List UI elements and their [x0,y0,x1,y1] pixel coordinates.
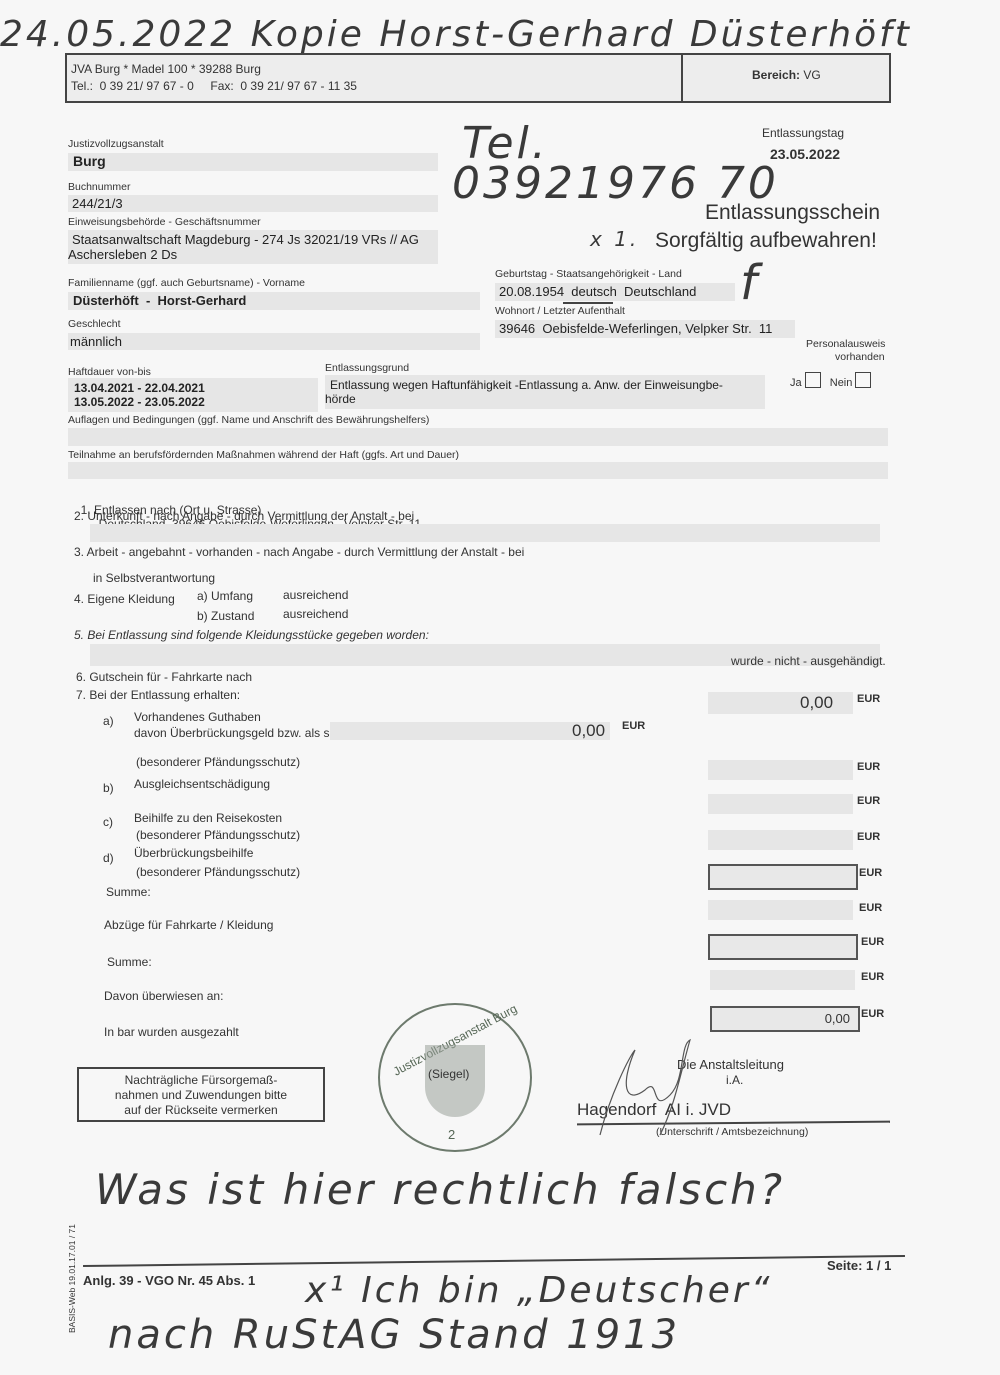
item-c-label: Beihilfe zu den Reisekosten [134,811,282,825]
abzuege-currency: EUR [859,902,882,914]
amount-d-currency: EUR [857,831,880,843]
item-4b-label: b) Zustand [197,609,254,623]
handwritten-question: Was ist hier rechtlich falsch? [95,1165,785,1214]
geburt-field: 20.08.1954 deutsch Deutschland [495,283,735,301]
ausweis-ja-label: Ja [790,377,802,389]
notice-box: Nachträgliche Fürsorgemaß- nahmen und Zu… [77,1067,325,1122]
name-field: Düsterhöft - Horst-Gerhard [68,292,480,310]
entlassungstag-value: 23.05.2022 [770,146,840,162]
ueberwiesen-field [710,970,855,990]
geschlecht-value: männlich [70,334,122,349]
item-a-currency: EUR [857,693,880,705]
deutsch-underline [563,302,613,304]
einweisung-value-1: Staatsanwaltschaft Magdeburg - 274 Js 32… [72,232,438,247]
item-6-status: wurde - nicht - ausgehändigt. [731,654,886,668]
item-6-label: 6. Gutschein für - Fahrkarte nach [76,670,252,684]
teilnahme-field [68,462,888,479]
haftdauer-value-2: 13.05.2022 - 23.05.2022 [74,395,318,409]
wohnort-field: 39646 Oebisfelde-Weferlingen, Velpker St… [495,320,795,338]
item-5-label: 5. Bei Entlassung sind folgende Kleidung… [74,628,429,642]
abzuege-field [708,900,853,920]
notice-line-1: Nachträgliche Fürsorgemaß- [79,1073,323,1088]
auflagen-field [68,428,888,446]
jva-label: Justizvollzugsanstalt [68,138,164,150]
auflagen-label: Auflagen und Bedingungen (ggf. Name und … [68,414,429,426]
footer-page: Seite: 1 / 1 [827,1258,891,1273]
item-a-value: 0,00 [800,693,833,713]
wohnort-label: Wohnort / Letzter Aufenthalt [495,305,625,317]
amount-b-currency: EUR [857,761,880,773]
ausweis-nein-checkbox[interactable] [855,372,871,388]
geburt-label: Geburtstag - Staatsangehörigkeit - Land [495,268,682,280]
item-3-label: 3. Arbeit - angebahnt - vorhanden - nach… [74,545,524,559]
einweisung-field: Staatsanwaltschaft Magdeburg - 274 Js 32… [68,230,438,264]
summe1-currency: EUR [859,867,882,879]
ausweis-label-2: vorhanden [835,351,885,363]
handwritten-note-line-2: nach RuStAG Stand 1913 [108,1312,680,1358]
institution-phone-fax: Tel.: 0 39 21/ 97 67 - 0 Fax: 0 39 21/ 9… [71,79,357,93]
item-a-label: Vorhandenes Guthaben [134,710,261,724]
footer-side-code: BASIS-Web 19.01.17.01 / 71 [67,1173,77,1333]
item-a-sub-currency: EUR [622,720,645,732]
bar-label: In bar wurden ausgezahlt [104,1025,239,1039]
header-box: JVA Burg * Madel 100 * 39288 Burg Tel.: … [65,53,891,103]
item-d-mark: d) [103,851,114,865]
grund-value-1: Entlassung wegen Haftunfähigkeit -Entlas… [330,378,765,392]
item-7-label: 7. Bei der Entlassung erhalten: [76,688,240,702]
institution-address: JVA Burg * Madel 100 * 39288 Burg [71,62,261,76]
official-seal-stamp: Justizvollzugsanstalt Burg (Siegel) 2 [378,1003,532,1152]
jva-value: Burg [73,153,106,169]
geschlecht-field: männlich [68,333,480,350]
ueberwiesen-currency: EUR [861,971,884,983]
item-a-mark: a) [103,714,114,728]
summe2-currency: EUR [861,936,884,948]
buchnummer-field: 244/21/3 [68,195,438,212]
grund-label: Entlassungsgrund [325,362,409,374]
amount-b-field [708,760,853,780]
einweisung-label: Einweisungsbehörde - Geschäftsnummer [68,216,261,228]
bar-box: 0,00 [710,1006,860,1032]
notice-line-2: nahmen und Zuwendungen bitte [79,1088,323,1103]
bereich-label: Bereich: [752,68,800,82]
item-3-value: in Selbstverantwortung [93,571,215,585]
grund-field: Entlassung wegen Haftunfähigkeit -Entlas… [325,375,765,409]
document-title: Entlassungsschein [705,201,880,225]
item-a-sub-value: 0,00 [572,721,605,741]
item-a-note: (besonderer Pfändungsschutz) [136,755,300,769]
item-4a-label: a) Umfang [197,589,253,603]
amount-c-field [708,794,853,814]
bar-value: 0,00 [825,1011,850,1026]
seal-center-text: (Siegel) [428,1067,469,1081]
ausweis-options: Ja Nein [790,372,871,389]
einweisung-value-2: Aschersleben 2 Ds [68,247,438,262]
summe2-label: Summe: [107,955,152,969]
item-c-note: (besonderer Pfändungsschutz) [136,828,300,842]
item-4b-value: ausreichend [283,607,348,621]
haftdauer-value-1: 13.04.2021 - 22.04.2021 [74,381,318,395]
buchnummer-value: 244/21/3 [72,196,123,211]
item-2-field [90,524,880,542]
notice-line-3: auf der Rückseite vermerken [79,1103,323,1118]
item-4-label: 4. Eigene Kleidung [74,592,175,606]
ueberwiesen-label: Davon überwiesen an: [104,989,223,1003]
teilnahme-label: Teilnahme an berufsfördernden Maßnahmen … [68,449,459,461]
item-a-sub-field [330,722,610,740]
item-d-label: Überbrückungsbeihilfe [134,846,253,860]
jva-field: Burg [68,153,438,171]
signature-ia: i.A. [726,1073,743,1087]
ausweis-label-1: Personalausweis [806,338,885,350]
amount-d-field [708,830,853,850]
seal-coat-of-arms-icon [425,1045,485,1117]
summe2-box [708,934,858,960]
item-c-mark: c) [103,815,113,829]
handwritten-footnote-mark: x 1. [590,227,639,251]
bereich-value: VG [803,68,820,82]
document-subtitle: Sorgfältig aufbewahren! [655,229,877,253]
item-4a-value: ausreichend [283,588,348,602]
haftdauer-field: 13.04.2021 - 22.04.2021 13.05.2022 - 23.… [68,378,318,412]
geburt-value: 20.08.1954 deutsch Deutschland [499,284,696,299]
handwritten-signature-icon [590,1035,710,1145]
ausweis-nein-label: Nein [830,377,853,389]
abzuege-label: Abzüge für Fahrkarte / Kleidung [104,918,273,932]
geschlecht-label: Geschlecht [68,318,121,330]
wohnort-value: 39646 Oebisfelde-Weferlingen, Velpker St… [499,321,772,336]
handwritten-top-note: 24.05.2022 Kopie Horst-Gerhard Düsterhöf… [0,14,912,55]
item-d-note: (besonderer Pfändungsschutz) [136,865,300,879]
footer-rule [83,1255,905,1267]
bar-currency: EUR [861,1008,884,1020]
handwritten-initial: f [740,255,760,311]
ausweis-ja-checkbox[interactable] [805,372,821,388]
bereich: Bereich: VG [752,68,821,82]
item-b-label: Ausgleichsentschädigung [134,777,270,791]
haftdauer-label: Haftdauer von-bis [68,366,151,378]
seal-number: 2 [448,1127,455,1142]
entlassungstag-label: Entlassungstag [762,126,844,140]
footer-form-ref: Anlg. 39 - VGO Nr. 45 Abs. 1 [83,1273,255,1288]
grund-value-2: hörde [325,392,765,406]
item-b-mark: b) [103,781,114,795]
buchnummer-label: Buchnummer [68,181,130,193]
header-divider [681,55,683,101]
amount-c-currency: EUR [857,795,880,807]
summe1-box [708,864,858,890]
name-value: Düsterhöft - Horst-Gerhard [73,293,246,308]
name-label: Familienname (ggf. auch Geburtsname) - V… [68,277,305,289]
handwritten-note-line-1: x¹ Ich bin „Deutscher“ [305,1270,772,1311]
item-2-label: 2. Unterkunft - nach Angabe - durch Verm… [74,509,414,523]
summe1-label: Summe: [106,885,151,899]
